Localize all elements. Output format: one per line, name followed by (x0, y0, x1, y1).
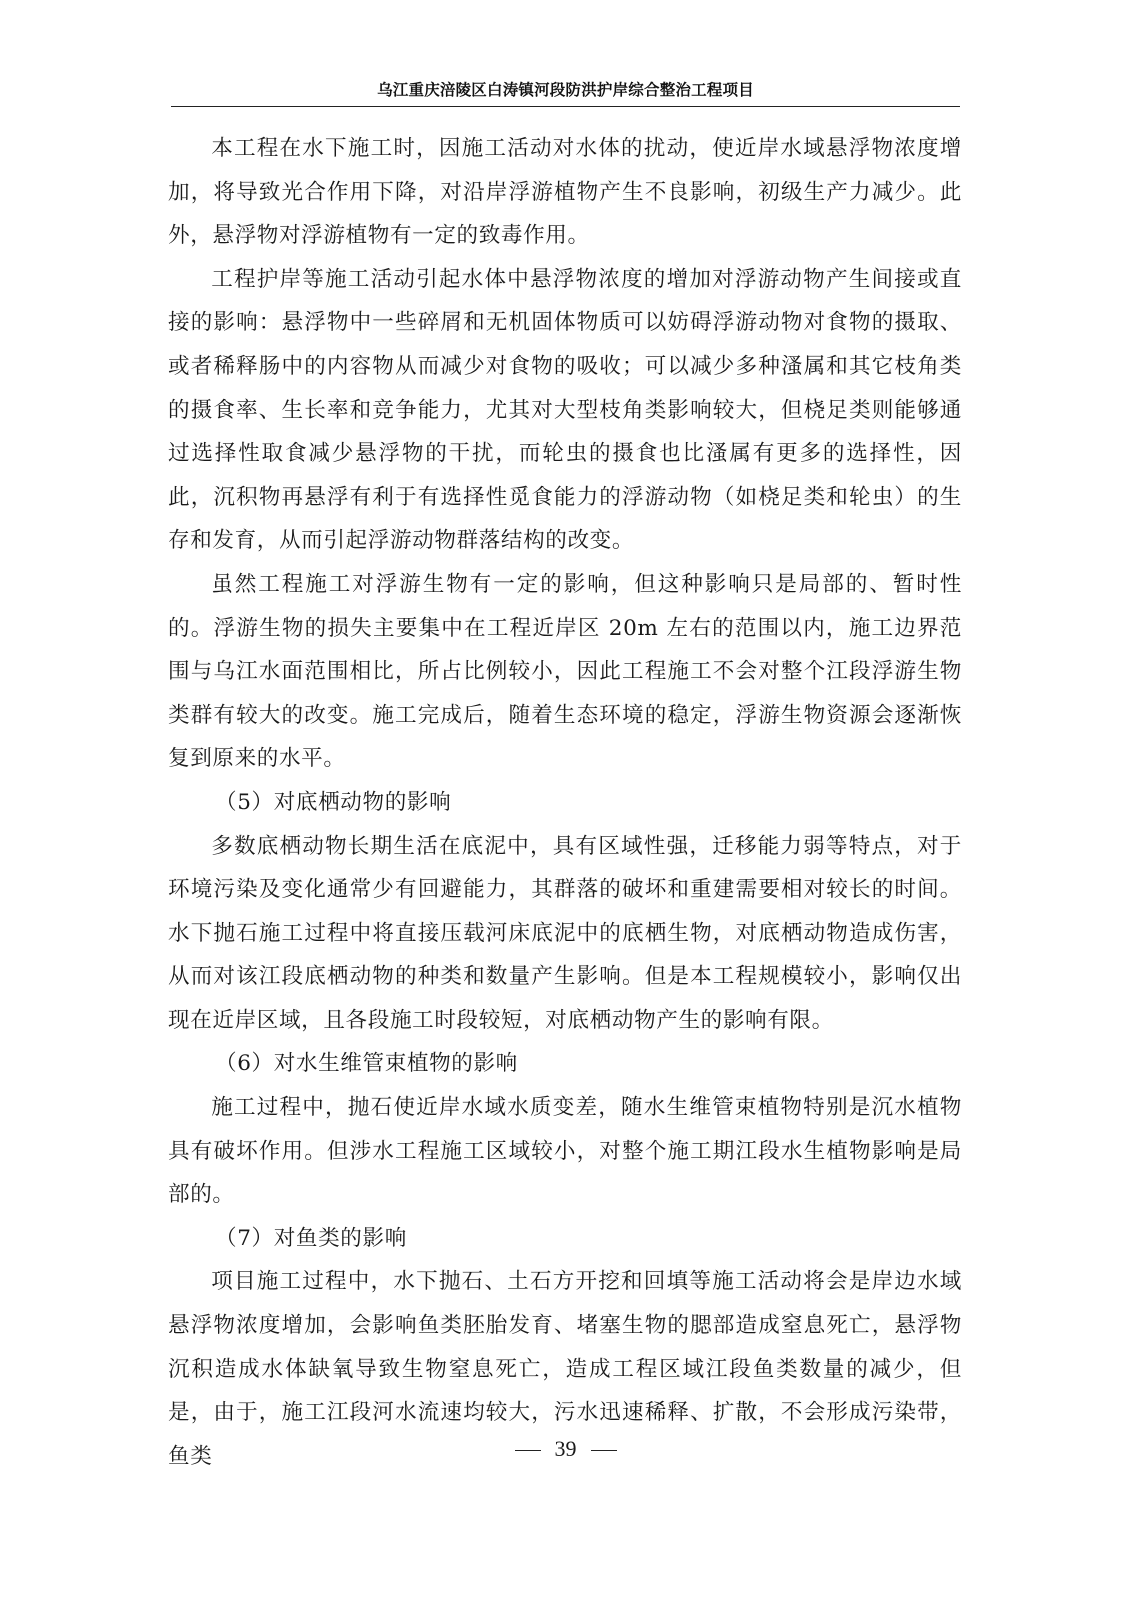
section-heading: （7）对鱼类的影响 (168, 1217, 962, 1261)
dash-divider (591, 1450, 617, 1451)
page-number: 39 (555, 1436, 577, 1461)
page-footer: 39 (0, 1436, 1131, 1462)
paragraph: 本工程在水下施工时，因施工活动对水体的扰动，使近岸水域悬浮物浓度增加，将导致光合… (168, 127, 962, 258)
paragraph: 虽然工程施工对浮游生物有一定的影响，但这种影响只是局部的、暂时性的。浮游生物的损… (168, 563, 962, 781)
dash-divider (515, 1450, 541, 1451)
document-body: 本工程在水下施工时，因施工活动对水体的扰动，使近岸水域悬浮物浓度增加，将导致光合… (168, 127, 962, 1478)
section-heading: （6）对水生维管束植物的影响 (168, 1042, 962, 1086)
document-title: 乌江重庆涪陵区白涛镇河段防洪护岸综合整治工程项目 (377, 81, 754, 99)
paragraph: 工程护岸等施工活动引起水体中悬浮物浓度的增加对浮游动物产生间接或直接的影响：悬浮… (168, 258, 962, 563)
section-heading: （5）对底栖动物的影响 (168, 781, 962, 825)
paragraph: 多数底栖动物长期生活在底泥中，具有区域性强，迁移能力弱等特点，对于环境污染及变化… (168, 825, 962, 1043)
paragraph: 施工过程中，抛石使近岸水域水质变差，随水生维管束植物特别是沉水植物具有破坏作用。… (168, 1086, 962, 1217)
page-header: 乌江重庆涪陵区白涛镇河段防洪护岸综合整治工程项目 (171, 80, 960, 107)
